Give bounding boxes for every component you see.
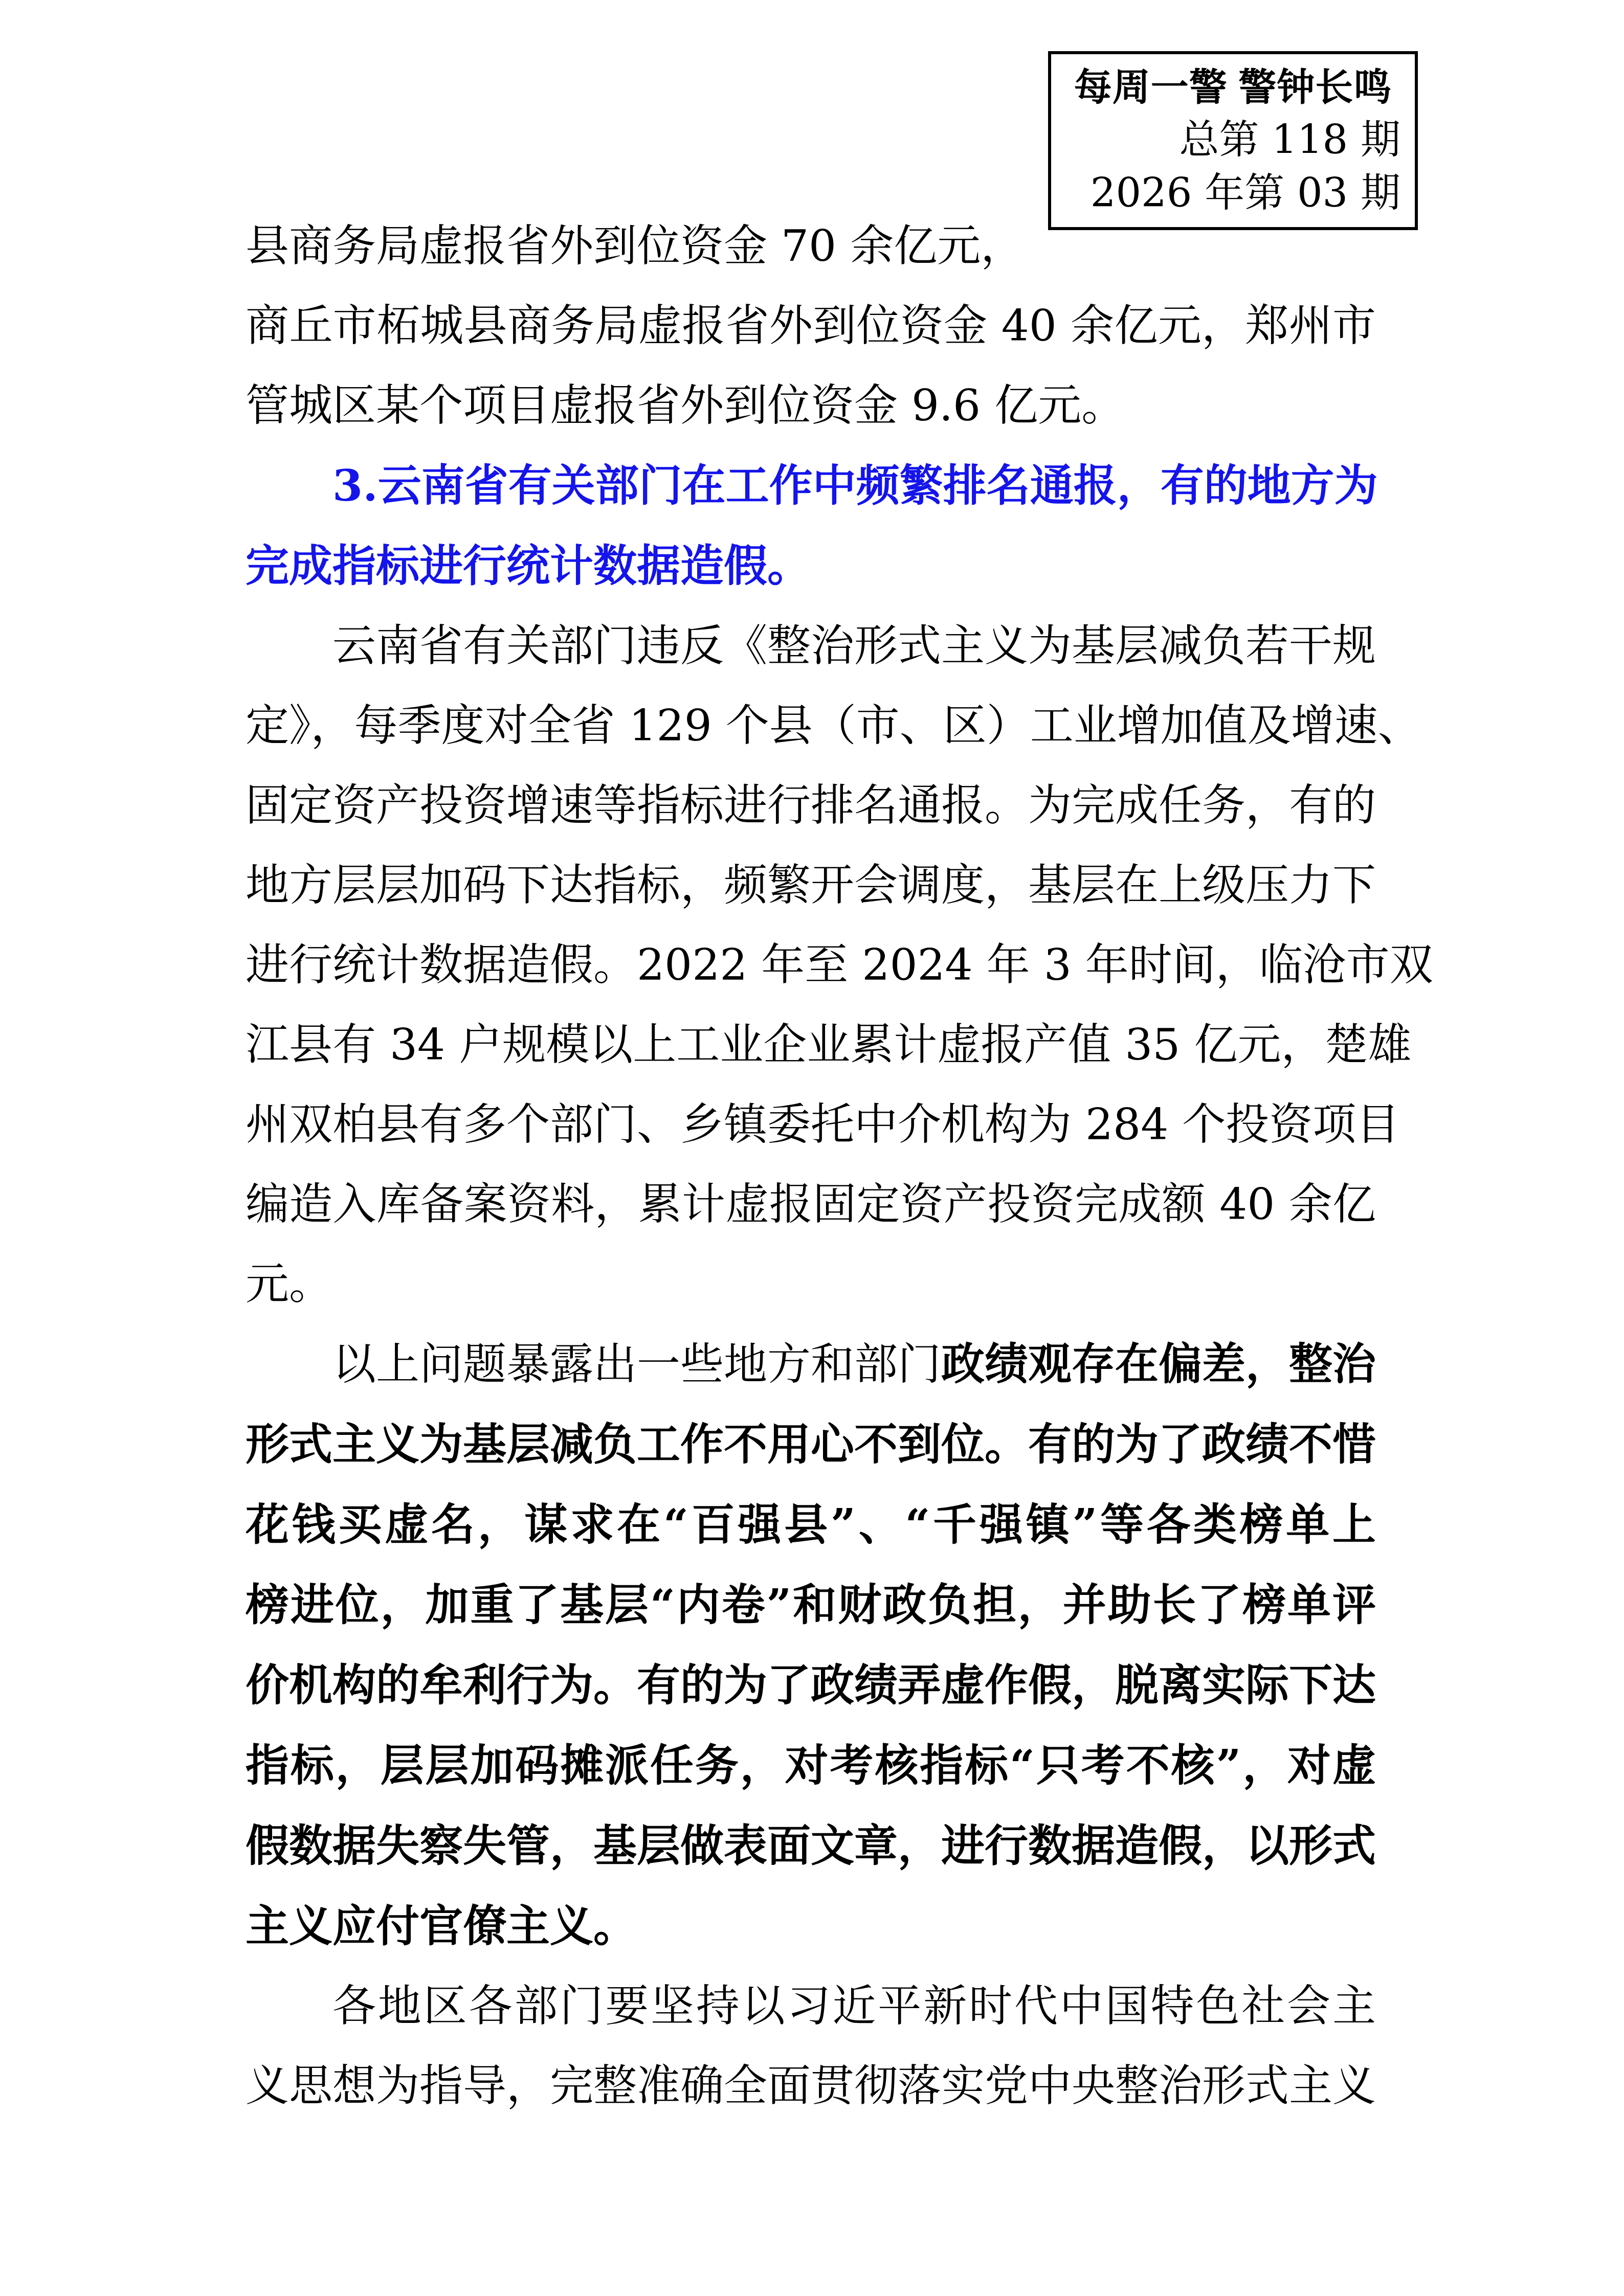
body-line: 价机构的牟利行为。有的为了政绩弄虚作假，脱离实际下达 [246, 1646, 1376, 1726]
document-page: 每周一警 警钟长鸣 总第 118 期 2026 年第 03 期 县商务局虚报省外… [0, 0, 1624, 2296]
text-run: 义思想为指导，完整准确全面贯彻落实党中央整治形式主义 [246, 2061, 1376, 2111]
text-run: 州双柏县有多个部门、乡镇委托中介机构为 284 个投资项目 [246, 1099, 1399, 1150]
body-line: 固定资产投资增速等指标进行排名通报。为完成任务，有的 [246, 766, 1376, 846]
body-line: 以上问题暴露出一些地方和部门政绩观存在偏差，整治 [246, 1324, 1376, 1405]
body-line: 县商务局虚报省外到位资金 70 余亿元， [246, 207, 1376, 286]
body-line: 各地区各部门要坚持以习近平新时代中国特色社会主 [246, 1967, 1376, 2046]
text-run: 价机构的牟利行为。有的为了政绩弄虚作假，脱离实际下达 [246, 1660, 1376, 1711]
text-run: 花钱买虚名，谋求在“百强县”、“千强镇”等各类榜单上 [246, 1499, 1376, 1550]
text-run: 定》，每季度对全省 129 个县（市、区）工业增加值及增速、 [246, 701, 1421, 751]
text-run: 3.云南省有关部门在工作中频繁排名通报，有的地方为 [332, 460, 1378, 511]
body-line: 进行统计数据造假。2022 年至 2024 年 3 年时间，临沧市双 [246, 926, 1376, 1005]
body-line: 地方层层加码下达指标，频繁开会调度，基层在上级压力下 [246, 846, 1376, 926]
text-run: 榜进位，加重了基层“内卷”和财政负担，并助长了榜单评 [246, 1580, 1376, 1631]
text-run: 固定资产投资增速等指标进行排名通报。为完成任务，有的 [246, 780, 1376, 831]
text-run: 江县有 34 户规模以上工业企业累计虚报产值 35 亿元，楚雄 [246, 1020, 1411, 1070]
masthead-issue-total: 总第 118 期 [1060, 117, 1406, 164]
text-run: 指标，层层加码摊派任务，对考核指标“只考不核”，对虚 [246, 1740, 1376, 1791]
masthead-box: 每周一警 警钟长鸣 总第 118 期 2026 年第 03 期 [1048, 51, 1418, 230]
text-run: 各地区各部门要坚持以习近平新时代中国特色社会主 [332, 1981, 1376, 2032]
text-run: 进行统计数据造假。2022 年至 2024 年 3 年时间，临沧市双 [246, 940, 1433, 991]
body-line: 元。 [246, 1245, 1376, 1324]
text-run: 政绩观存在偏差，整治 [941, 1339, 1376, 1390]
body-line: 江县有 34 户规模以上工业企业累计虚报产值 35 亿元，楚雄 [246, 1005, 1376, 1085]
body-line: 义思想为指导，完整准确全面贯彻落实党中央整治形式主义 [246, 2046, 1376, 2126]
body-line: 商丘市柘城县商务局虚报省外到位资金 40 余亿元，郑州市 [246, 286, 1376, 366]
body-line: 指标，层层加码摊派任务，对考核指标“只考不核”，对虚 [246, 1726, 1376, 1806]
text-run: 县商务局虚报省外到位资金 70 余亿元， [246, 221, 1024, 272]
body-line: 定》，每季度对全省 129 个县（市、区）工业增加值及增速、 [246, 686, 1376, 766]
text-run: 假数据失察失管，基层做表面文章，进行数据造假，以形式 [246, 1820, 1376, 1872]
body-line: 花钱买虚名，谋求在“百强县”、“千强镇”等各类榜单上 [246, 1485, 1376, 1565]
body-line: 管城区某个项目虚报省外到位资金 9.6 亿元。 [246, 366, 1376, 446]
body-line: 主义应付官僚主义。 [246, 1886, 1376, 1967]
text-run: 商丘市柘城县商务局虚报省外到位资金 40 余亿元，郑州市 [246, 301, 1376, 351]
body-line: 假数据失察失管，基层做表面文章，进行数据造假，以形式 [246, 1806, 1376, 1886]
body-line: 榜进位，加重了基层“内卷”和财政负担，并助长了榜单评 [246, 1565, 1376, 1646]
body-line: 云南省有关部门违反《整治形式主义为基层减负若干规 [246, 606, 1376, 686]
text-run: 完成指标进行统计数据造假。 [246, 541, 811, 592]
document-body: 县商务局虚报省外到位资金 70 余亿元，商丘市柘城县商务局虚报省外到位资金 40… [246, 207, 1376, 2126]
body-line: 州双柏县有多个部门、乡镇委托中介机构为 284 个投资项目 [246, 1085, 1376, 1165]
text-run: 元。 [246, 1259, 332, 1310]
text-run: 以上问题暴露出一些地方和部门 [332, 1339, 941, 1390]
body-line: 编造入库备案资料，累计虚报固定资产投资完成额 40 余亿 [246, 1165, 1376, 1245]
masthead-title: 每周一警 警钟长鸣 [1060, 64, 1406, 110]
text-run: 云南省有关部门违反《整治形式主义为基层减负若干规 [332, 621, 1376, 671]
text-run: 编造入库备案资料，累计虚报固定资产投资完成额 40 余亿 [246, 1179, 1376, 1230]
body-line: 完成指标进行统计数据造假。 [246, 526, 1376, 606]
text-run: 主义应付官僚主义。 [246, 1901, 637, 1952]
body-line: 3.云南省有关部门在工作中频繁排名通报，有的地方为 [246, 446, 1376, 526]
text-run: 形式主义为基层减负工作不用心不到位。有的为了政绩不惜 [246, 1419, 1376, 1470]
text-run: 地方层层加码下达指标，频繁开会调度，基层在上级压力下 [246, 860, 1376, 911]
text-run: 管城区某个项目虚报省外到位资金 9.6 亿元。 [246, 380, 1125, 431]
body-line: 形式主义为基层减负工作不用心不到位。有的为了政绩不惜 [246, 1405, 1376, 1485]
